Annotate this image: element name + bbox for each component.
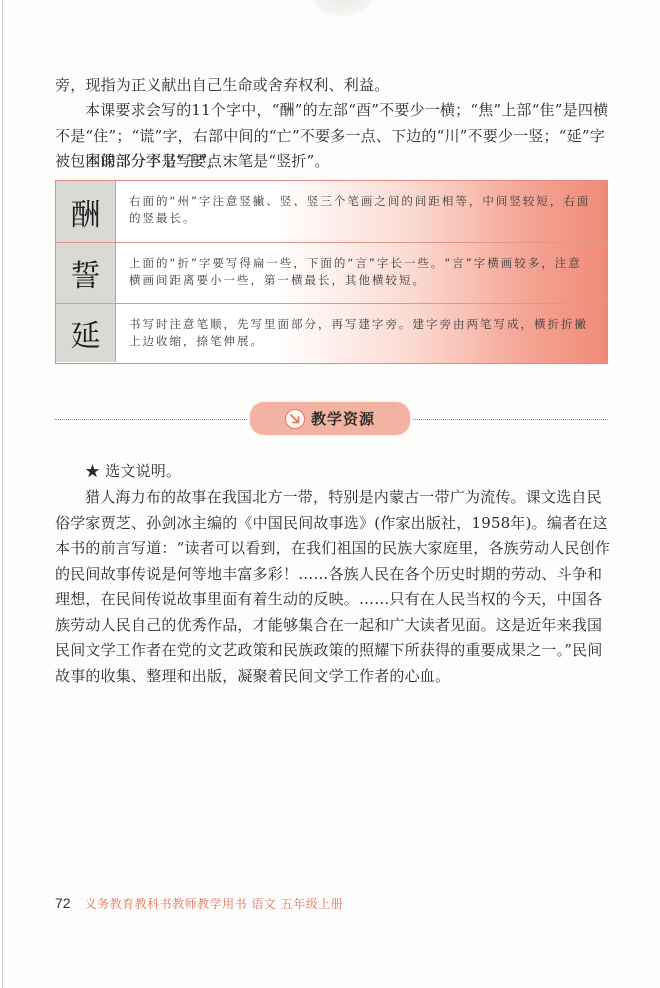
decorative-blob [312,0,372,16]
page-edge [2,0,3,988]
table-caption: 本课部分字书写要点： [55,149,611,175]
divider-right [413,419,608,420]
page-number: 72 [55,895,71,911]
resource-body: 猎人海力布的故事在我国北方一带，特别是内蒙古一带广为流传。课文选自民俗学家贾芝、… [55,485,611,689]
table-row: 延 书写时注意笔顺，先写里面部分，再写建字旁。建字旁由两笔写成，横折折撇上边收缩… [56,303,607,362]
note-cell: 书写时注意笔顺，先写里面部分，再写建字旁。建字旁由两笔写成，横折折撇上边收缩，捺… [116,304,607,362]
resource-heading: ★ 选文说明。 [55,459,611,485]
character-cell: 延 [56,304,116,362]
note-cell: 上面的“折”字要写得扁一些，下面的“言”字长一些。“言”字横画较多，注意横画间距… [116,243,607,303]
table-row: 酬 右面的“州”字注意竖撇、竖、竖三个笔画之间的间距相等，中间竖较短，右面的竖最… [56,181,607,242]
section-banner: 教学资源 [250,402,410,435]
table-row: 誓 上面的“折”字要写得扁一些，下面的“言”字长一些。“言”字横画较多，注意横画… [56,242,607,303]
arrow-down-right-circle-icon [285,409,305,429]
character-cell: 酬 [56,181,116,242]
intro-line: 旁，现指为正义献出自己生命或舍弃权利、利益。 [55,73,611,99]
writing-points-table: 酬 右面的“州”字注意竖撇、竖、竖三个笔画之间的间距相等，中间竖较短，右面的竖最… [55,180,608,364]
note-cell: 右面的“州”字注意竖撇、竖、竖三个笔画之间的间距相等，中间竖较短，右面的竖最长。 [116,181,607,242]
page-footer: 72 义务教育教科书教师教学用书 语文 五年级上册 [55,895,343,912]
section-title: 教学资源 [311,408,375,429]
divider-left [55,419,247,420]
character-cell: 誓 [56,243,116,303]
book-title: 义务教育教科书教师教学用书 语文 五年级上册 [85,895,344,912]
